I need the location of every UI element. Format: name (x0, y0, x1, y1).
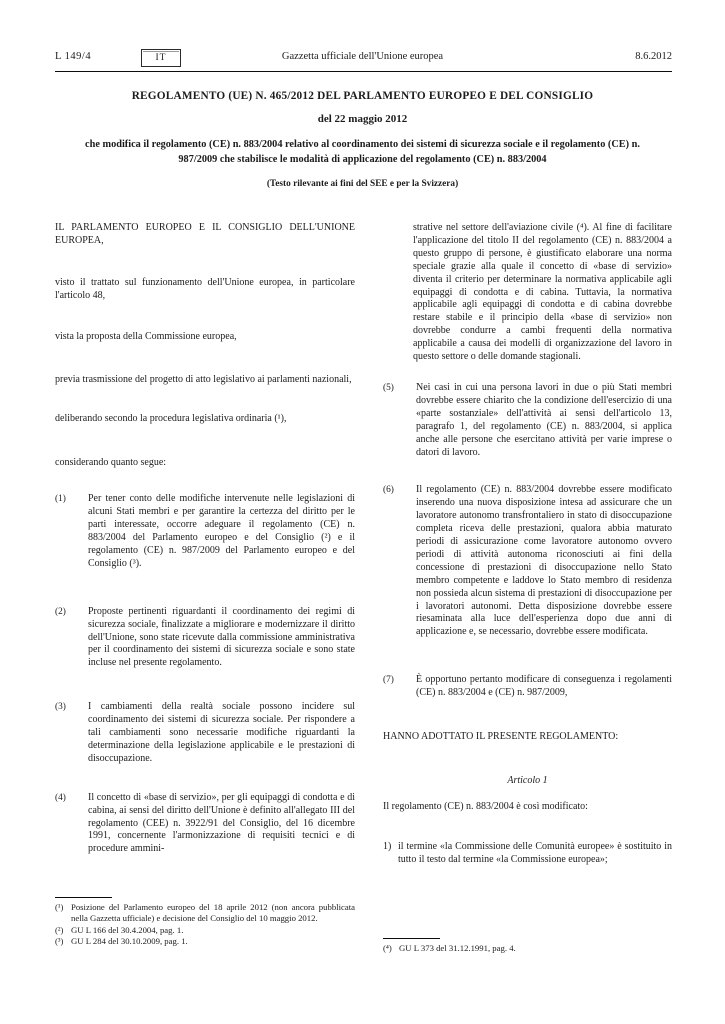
recital-number: (6) (383, 484, 416, 639)
recital-text: Nei casi in cui una persona lavori in du… (416, 382, 672, 459)
article-heading: Articolo 1 (383, 775, 672, 788)
recital-text: Il regolamento (CE) n. 883/2004 dovrebbe… (416, 484, 672, 639)
regulation-subtitle: che modifica il regolamento (CE) n. 883/… (65, 137, 661, 167)
recital-text: Il concetto di «base di servizio», per g… (88, 792, 355, 857)
footnote-3: (³) GU L 284 del 30.10.2009, pag. 1. (55, 936, 355, 947)
recital-number: (5) (383, 382, 416, 459)
left-column: IL PARLAMENTO EUROPEO E IL CONSIGLIO DEL… (55, 222, 355, 856)
recital-text: I cambiamenti della realtà sociale posso… (88, 701, 355, 766)
regulation-date: del 22 maggio 2012 (62, 113, 663, 125)
header-rule (55, 71, 672, 72)
footnote-separator (383, 938, 440, 939)
right-footnotes: (⁴) GU L 373 del 31.12.1991, pag. 4. (383, 938, 672, 954)
footnote-4: (⁴) GU L 373 del 31.12.1991, pag. 4. (383, 943, 672, 954)
preamble-paragraph: considerando quanto segue: (55, 457, 355, 470)
footnote-2: (²) GU L 166 del 30.4.2004, pag. 1. (55, 925, 355, 936)
article-intro: Il regolamento (CE) n. 883/2004 è così m… (383, 801, 672, 814)
recital-text: Proposte pertinenti riguardanti il coord… (88, 606, 355, 671)
regulation-title: REGOLAMENTO (UE) N. 465/2012 DEL PARLAME… (62, 90, 663, 102)
footnote-marker: (⁴) (383, 943, 399, 954)
footnote-text: GU L 284 del 30.10.2009, pag. 1. (71, 936, 355, 947)
left-footnotes: (¹) Posizione del Parlamento europeo del… (55, 897, 355, 947)
footnote-separator (55, 897, 112, 898)
recital-number: (3) (55, 701, 88, 766)
preamble-paragraph: previa trasmissione del progetto di atto… (55, 374, 355, 387)
recital-text: Per tener conto delle modifiche interven… (88, 493, 355, 570)
preamble-paragraph: deliberando secondo la procedura legisla… (55, 413, 355, 426)
recital-number: (7) (383, 674, 416, 700)
recital-1: (1) Per tener conto delle modifiche inte… (55, 493, 355, 570)
enacting-formula: HANNO ADOTTATO IL PRESENTE REGOLAMENTO: (383, 731, 672, 744)
recital-4: (4) Il concetto di «base di servizio», p… (55, 792, 355, 857)
recital-number: (2) (55, 606, 88, 671)
recital-number: (4) (55, 792, 88, 857)
footnote-1: (¹) Posizione del Parlamento europeo del… (55, 902, 355, 925)
recital-text: È opportuno pertanto modificare di conse… (416, 674, 672, 700)
preamble-paragraph: IL PARLAMENTO EUROPEO E IL CONSIGLIO DEL… (55, 222, 355, 248)
right-column: strative nel settore dell'aviazione civi… (383, 222, 672, 867)
preamble-paragraph: visto il trattato sul funzionamento dell… (55, 277, 355, 303)
footnote-marker: (³) (55, 936, 71, 947)
recital-4-continuation: strative nel settore dell'aviazione civi… (383, 222, 672, 364)
header-date: 8.6.2012 (635, 51, 672, 62)
official-journal-page: L 149/4 IT Gazzetta ufficiale dell'Union… (0, 0, 725, 1024)
recital-2: (2) Proposte pertinenti riguardanti il c… (55, 606, 355, 671)
amendment-text: il termine «la Commissione delle Comunit… (398, 841, 672, 867)
journal-title: Gazzetta ufficiale dell'Unione europea (0, 51, 725, 62)
footnote-text: GU L 373 del 31.12.1991, pag. 4. (399, 943, 672, 954)
title-block: REGOLAMENTO (UE) N. 465/2012 DEL PARLAME… (62, 90, 663, 189)
amendment-number: 1) (383, 841, 398, 867)
recital-6: (6) Il regolamento (CE) n. 883/2004 dovr… (383, 484, 672, 639)
recital-5: (5) Nei casi in cui una persona lavori i… (383, 382, 672, 459)
amendment-item-1: 1) il termine «la Commissione delle Comu… (383, 841, 672, 867)
footnote-text: GU L 166 del 30.4.2004, pag. 1. (71, 925, 355, 936)
footnote-marker: (²) (55, 925, 71, 936)
footnote-text: Posizione del Parlamento europeo del 18 … (71, 902, 355, 925)
preamble-paragraph: vista la proposta della Commissione euro… (55, 331, 355, 344)
recital-3: (3) I cambiamenti della realtà sociale p… (55, 701, 355, 766)
relevance-note: (Testo rilevante ai fini del SEE e per l… (62, 179, 663, 189)
footnote-marker: (¹) (55, 902, 71, 925)
recital-number: (1) (55, 493, 88, 570)
recital-7: (7) È opportuno pertanto modificare di c… (383, 674, 672, 700)
